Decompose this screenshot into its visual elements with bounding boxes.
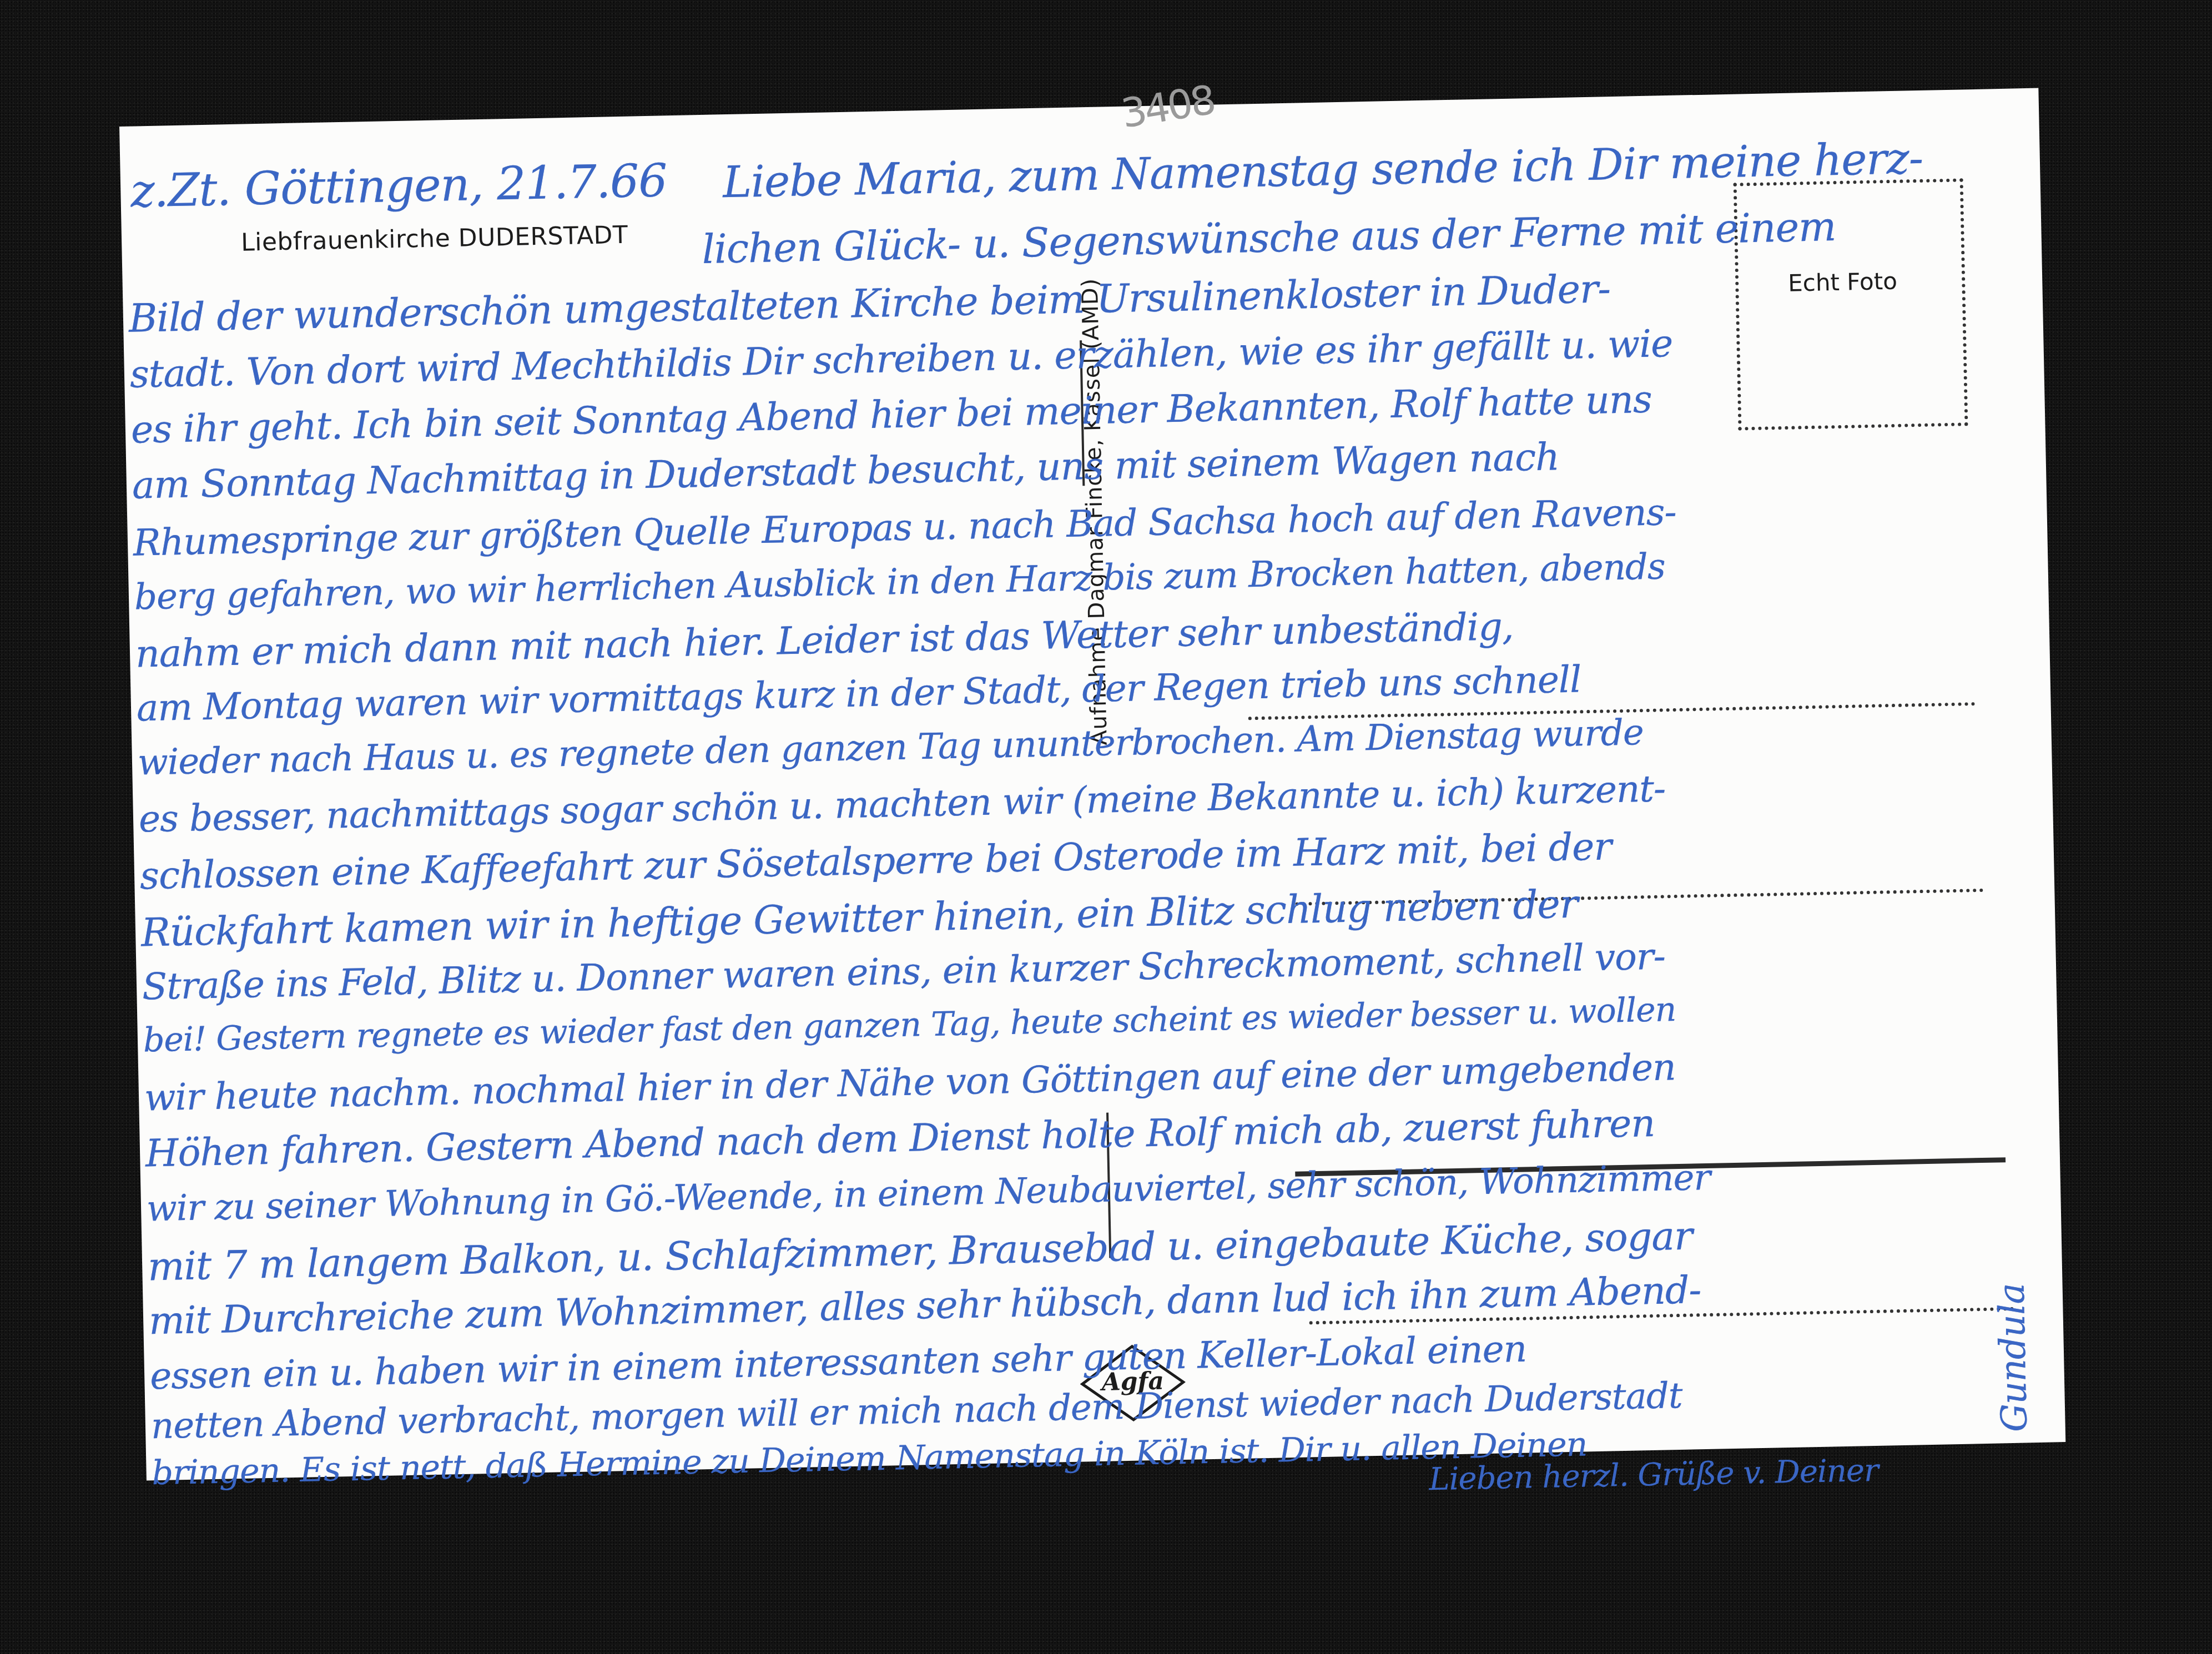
handwritten-line: lichen Glück- u. Segenswünsche aus der F…: [702, 203, 1836, 273]
archive-number: 3408: [1118, 76, 1217, 137]
stamp-box-label: Echt Foto: [1788, 268, 1898, 297]
postcard: 3408 Liebfrauenkirche DUDERSTADT Aufnahm…: [119, 88, 2065, 1481]
handwritten-signature: Gundula: [1992, 1283, 2035, 1433]
postcard-caption: Liebfrauenkirche DUDERSTADT: [241, 221, 628, 257]
handwritten-place-date: z.Zt. Göttingen, 21.7.66: [130, 154, 667, 218]
